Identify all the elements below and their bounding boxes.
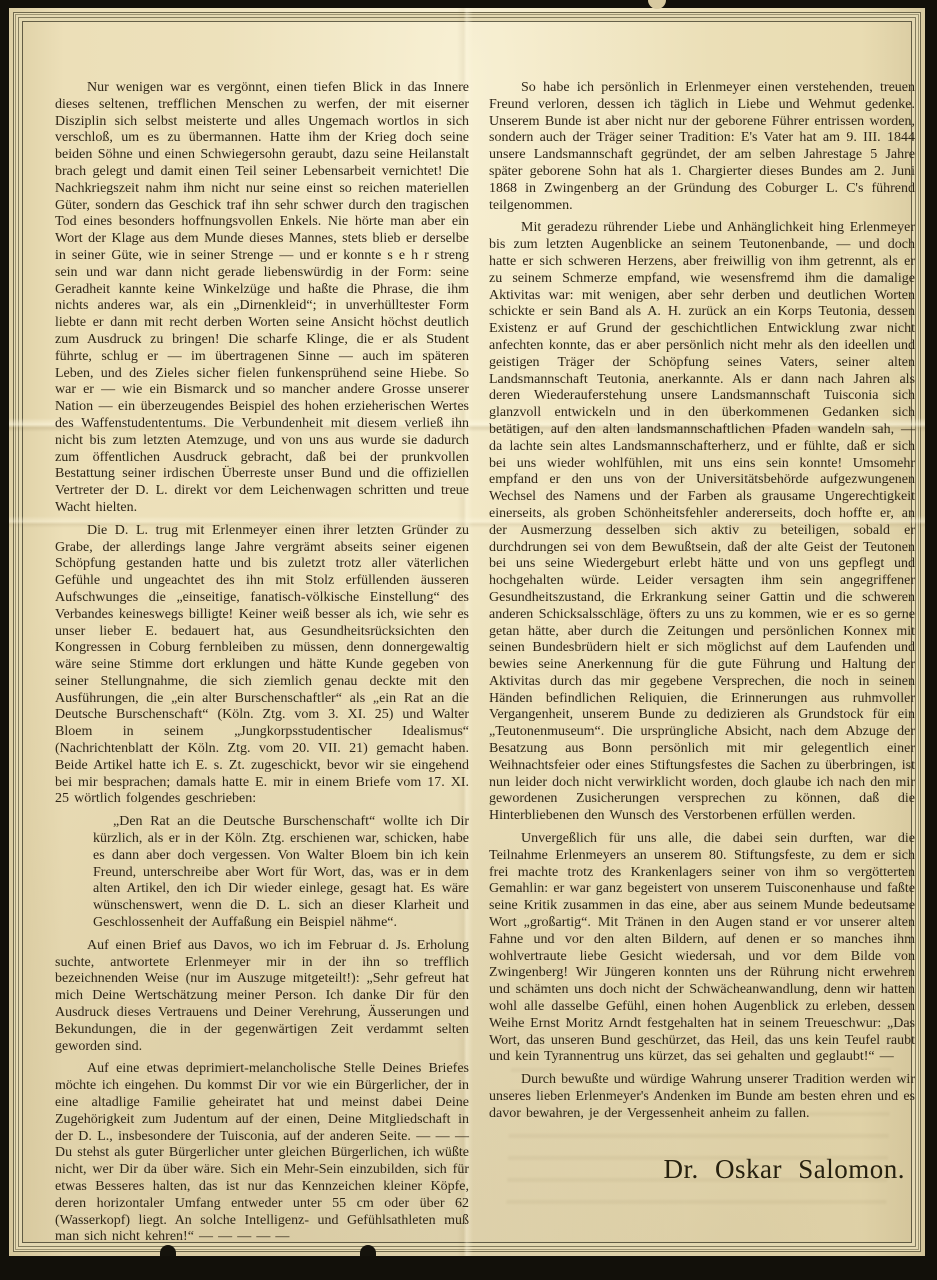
paper-edge-notch [360, 1245, 376, 1256]
signature: Dr. Oskar Salomon. [489, 1161, 915, 1178]
paper-sheet: Nur wenigen war es vergönnt, einen tiefe… [9, 8, 925, 1256]
paragraph: Nur wenigen war es vergönnt, einen tiefe… [55, 80, 469, 517]
paragraph: Auf einen Brief aus Davos, wo ich im Feb… [55, 938, 469, 1056]
paragraph: Die D. L. trug mit Erlenmeyer einen ihre… [55, 523, 469, 809]
text-column-right: So habe ich persönlich in Erlenmeyer ein… [489, 80, 915, 1252]
memorial-text: Nur wenigen war es vergönnt, einen tiefe… [55, 80, 915, 1252]
paragraph: Unvergeßlich für uns alle, die dabei sei… [489, 831, 915, 1066]
paragraph: Durch bewußte und würdige Wahrung unsere… [489, 1072, 915, 1122]
paragraph: Mit geradezu rührender Liebe und Anhängl… [489, 220, 915, 825]
text-column-left: Nur wenigen war es vergönnt, einen tiefe… [55, 80, 469, 1252]
letter-quote-paragraph: „Den Rat an die Deutsche Burschenschaft“… [93, 814, 469, 932]
paragraph: So habe ich persönlich in Erlenmeyer ein… [489, 80, 915, 214]
paper-edge-notch [160, 1245, 176, 1256]
paragraph: Auf eine etwas deprimiert-melancholische… [55, 1061, 469, 1246]
